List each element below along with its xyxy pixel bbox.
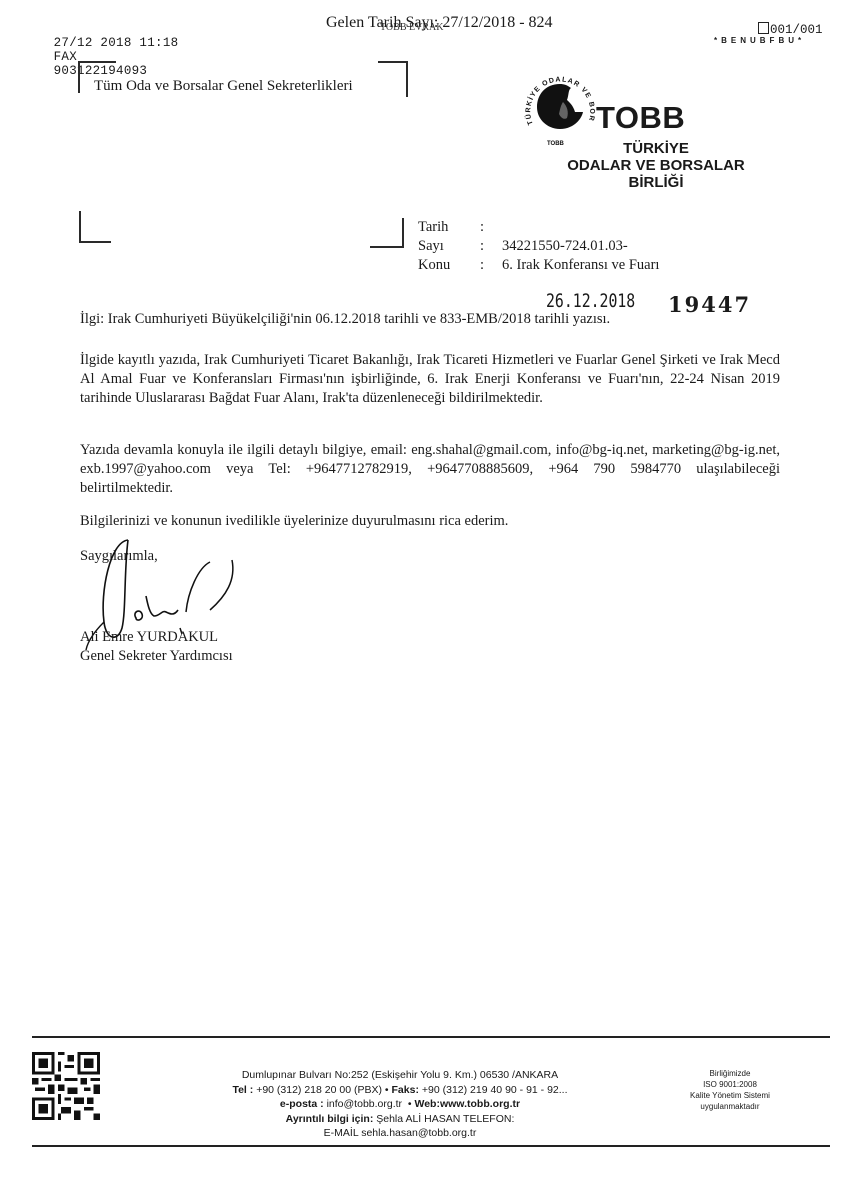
meta-separator: : xyxy=(480,237,502,256)
info-label: Ayrıntılı bilgi için: xyxy=(286,1113,374,1125)
iso-line-1: Birliğimizde xyxy=(670,1068,790,1079)
meta-value: 34221550-724.01.03- xyxy=(502,237,628,256)
org-name-line-2: ODALAR VE BORSALAR xyxy=(556,157,756,174)
fax-timestamp: 27/12 2018 11:18 xyxy=(54,36,179,50)
org-name-line-3: BİRLİĞİ xyxy=(556,174,756,191)
footer-info-line: Ayrıntılı bilgi için: Şehla ALİ HASAN TE… xyxy=(170,1112,630,1127)
fax-label: Faks: xyxy=(392,1084,419,1096)
footer-address: Dumlupınar Bulvarı No:252 (Eskişehir Yol… xyxy=(170,1068,630,1083)
meta-label: Tarih xyxy=(418,218,480,237)
bullet-icon: • xyxy=(408,1098,412,1110)
address-bracket-bottom-right xyxy=(370,218,404,248)
fax-value: +90 (312) 219 40 90 - 91 - 92... xyxy=(422,1084,568,1096)
body-paragraph-1: İlgide kayıtlı yazıda, Irak Cumhuriyeti … xyxy=(80,351,780,408)
footer-web-line: e-posta : info@tobb.org.tr • Web:www.tob… xyxy=(170,1097,630,1112)
tel-value: +90 (312) 218 20 00 (PBX) xyxy=(256,1084,382,1096)
iso-line-3: Kalite Yönetim Sistemi xyxy=(670,1090,790,1101)
email-label: e-posta : xyxy=(280,1098,324,1110)
signer-title: Genel Sekreter Yardımcısı xyxy=(80,647,233,666)
meta-value: 6. Irak Konferansı ve Fuarı xyxy=(502,256,659,275)
iso-certification: Birliğimizde ISO 9001:2008 Kalite Yöneti… xyxy=(670,1068,790,1112)
footer-contact: Dumlupınar Bulvarı No:252 (Eskişehir Yol… xyxy=(170,1068,630,1141)
address-bracket-bottom-left xyxy=(79,211,111,243)
reference-line: İlgi: Irak Cumhuriyeti Büyükelçiliği'nin… xyxy=(80,310,780,329)
logo-abbreviation: TOBB xyxy=(596,100,685,136)
page-count-value: 001/001 xyxy=(770,23,823,37)
meta-row-number: Sayı : 34221550-724.01.03- xyxy=(418,237,659,256)
iso-line-2: ISO 9001:2008 xyxy=(670,1079,790,1090)
fax-label: FAX xyxy=(54,50,77,64)
organization-name: TÜRKİYE ODALAR VE BORSALAR BİRLİĞİ xyxy=(556,140,756,191)
meta-separator: : xyxy=(480,256,502,275)
footer-divider-top xyxy=(32,1036,830,1038)
recipient: Tüm Oda ve Borsalar Genel Sekreterlikler… xyxy=(94,78,353,95)
meta-row-subject: Konu : 6. Irak Konferansı ve Fuarı xyxy=(418,256,659,275)
meta-row-date: Tarih : xyxy=(418,218,659,237)
org-name-line-1: TÜRKİYE xyxy=(556,140,756,157)
body-paragraph-2: Yazıda devamla konuyla ile ilgili detayl… xyxy=(80,441,780,498)
web-link[interactable]: Web:www.tobb.org.tr xyxy=(415,1098,521,1110)
iso-line-4: uygulanmaktadır xyxy=(670,1101,790,1112)
body-paragraph-3: Bilgilerinizi ve konunun ivedilikle üyel… xyxy=(80,512,780,531)
email-link[interactable]: info@tobb.org.tr xyxy=(327,1098,402,1110)
stamp-date: 26.12.2018 xyxy=(546,290,635,312)
bullet-icon: • xyxy=(385,1084,389,1096)
info-value: Şehla ALİ HASAN TELEFON: xyxy=(376,1113,514,1125)
checkbox-icon xyxy=(758,22,769,34)
footer-divider-bottom xyxy=(32,1145,830,1147)
signer-block: Ali Emre YURDAKUL Genel Sekreter Yardımc… xyxy=(80,628,233,666)
meta-separator: : xyxy=(480,218,502,237)
qr-code-icon xyxy=(32,1052,100,1120)
footer-phone-line: Tel : +90 (312) 218 20 00 (PBX) • Faks: … xyxy=(170,1083,630,1098)
meta-label: Konu xyxy=(418,256,480,275)
footer-contact-email: E-MAİL sehla.hasan@tobb.org.tr xyxy=(170,1126,630,1141)
address-bracket-top-right xyxy=(378,61,408,97)
meta-label: Sayı xyxy=(418,237,480,256)
tobb-emblem-icon: TÜRKİYE ODALAR VE BORSALAR BİRLİĞİ TOBB xyxy=(523,62,598,152)
received-stamp: Gelen Tarih Sayı: 27/12/2018 - 824 xyxy=(326,14,553,32)
barcode-text: *BENUBFBU* xyxy=(714,36,805,45)
document-meta: Tarih : Sayı : 34221550-724.01.03- Konu … xyxy=(418,218,659,275)
tel-label: Tel : xyxy=(232,1084,253,1096)
signer-name: Ali Emre YURDAKUL xyxy=(80,628,233,647)
page-count: 001/001 xyxy=(758,22,823,37)
